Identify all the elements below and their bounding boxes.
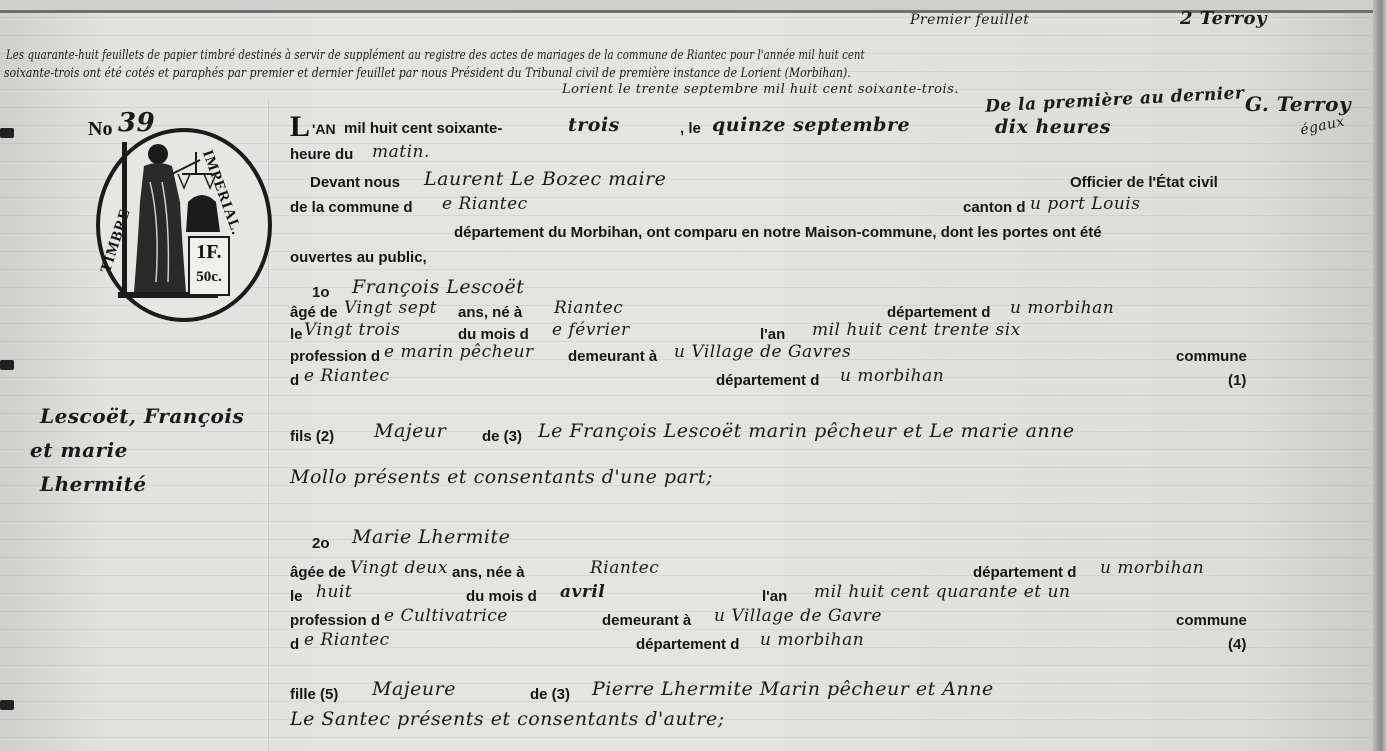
stamp-value-box: 1F. 50c. [188,236,230,296]
bride-departement2-label: département d [636,636,739,653]
act-year-handwritten: trois [568,114,620,136]
groom-departement-handwritten: u morbihan [1010,298,1114,318]
groom-profession-label: profession d [290,348,380,365]
margin-names-line-1: Lescoët, François [40,404,244,428]
heure-du-handwritten: matin. [372,142,430,162]
commune-handwritten: e Riantec [442,194,528,214]
stamp-value-francs: 1F. [190,242,228,262]
groom-parents-line-1: Le François Lescoët marin pêcheur et Le … [538,420,1075,442]
groom-d-label: d [290,372,299,389]
groom-profession-handwritten: e marin pêcheur [384,342,534,362]
act-hour-handwritten: dix heures [995,116,1111,138]
groom-fils-label: fils (2) [290,428,334,445]
groom-age-handwritten: Vingt sept [344,298,437,318]
groom-an-label: l'an [760,326,785,343]
groom-born-label: ans, né à [458,304,522,321]
bride-fille-label: fille (5) [290,686,338,703]
act-year-printed: mil huit cent soixante- [344,120,502,137]
act-le-label: , le [680,120,701,137]
groom-birthplace-handwritten: Riantec [554,298,623,318]
bride-ordinal: 2o [312,535,330,552]
first-sheet-signature: 2 Terroy [1180,8,1267,29]
groom-birth-day-handwritten: Vingt trois [304,320,400,340]
right-margin-note: égaux [1299,113,1346,138]
devant-nous-label: Devant nous [310,174,400,191]
canton-handwritten: u port Louis [1030,194,1140,214]
header-line-2: soixante-trois ont été cotés et paraphés… [4,66,851,81]
groom-commune-label: commune [1176,348,1247,365]
canton-label: canton d [963,199,1026,216]
header-signature: G. Terroy [1245,92,1351,116]
commune-label: de la commune d [290,199,413,216]
groom-mois-label: du mois d [458,326,529,343]
bride-residence-handwritten: u Village de Gavre [714,606,882,626]
left-edge-mark [0,128,14,138]
bride-birthplace-handwritten: Riantec [590,558,659,578]
departement-morbihan-line: département du Morbihan, ont comparu en … [454,224,1102,241]
margin-names-line-3: Lhermité [40,472,147,496]
bride-departement2-handwritten: u morbihan [760,630,864,650]
bride-commune-handwritten: e Riantec [304,630,390,650]
groom-note-ref: (1) [1228,372,1246,389]
right-binding-edge [1373,0,1387,751]
bride-note-ref: (4) [1228,636,1246,653]
groom-departement2-label: département d [716,372,819,389]
groom-demeurant-label: demeurant à [568,348,657,365]
groom-residence-handwritten: u Village de Gavres [674,342,851,362]
officer-name-handwritten: Laurent Le Bozec maire [424,168,666,190]
header-signature-line: De la première au dernier [985,83,1245,117]
left-edge-mark [0,360,14,370]
stamp-value-cents: 50c. [190,270,228,285]
groom-parents-line-2: Mollo présents et consentants d'une part… [290,466,713,488]
bride-mois-label: du mois d [466,588,537,605]
header-line-3: Lorient le trente septembre mil huit cen… [562,82,959,97]
groom-commune-handwritten: e Riantec [304,366,390,386]
groom-birth-year-handwritten: mil huit cent trente six [812,320,1021,340]
bride-demeurant-label: demeurant à [602,612,691,629]
bride-departement-handwritten: u morbihan [1100,558,1204,578]
top-page-edge [0,0,1387,10]
groom-de-label: de (3) [482,428,522,445]
bride-parents-line-2: Le Santec présents et consentants d'autr… [290,708,725,730]
bride-age-handwritten: Vingt deux [350,558,448,578]
header-line-1: Les quarante-huit feuillets de papier ti… [6,48,865,63]
bride-an-label: l'an [762,588,787,605]
bride-d-label: d [290,636,299,653]
bride-status-handwritten: Majeure [372,678,456,700]
groom-departement2-handwritten: u morbihan [840,366,944,386]
groom-status-handwritten: Majeur [374,420,446,442]
bride-departement-label: département d [973,564,1076,581]
groom-age-label: âgé de [290,304,338,321]
bride-name-handwritten: Marie Lhermite [352,526,510,548]
bride-profession-handwritten: e Cultivatrice [384,606,508,626]
bride-birth-day-handwritten: huit [316,582,352,602]
bride-birth-month-handwritten: avril [560,582,605,602]
groom-birth-month-handwritten: e février [552,320,630,340]
groom-departement-label: département d [887,304,990,321]
act-initial-letter: L [290,110,310,144]
bride-profession-label: profession d [290,612,380,629]
act-date-handwritten: quinze septembre [712,114,910,136]
ouvertes-public-line: ouvertes au public, [290,249,427,266]
groom-le-label: le [290,326,303,343]
groom-ordinal: 1o [312,284,330,301]
bride-age-label: âgée de [290,564,346,581]
margin-names-line-2: et marie [30,438,128,462]
groom-name-handwritten: François Lescoët [352,276,524,298]
heure-du-label: heure du [290,146,353,163]
bride-de-label: de (3) [530,686,570,703]
bride-parents-line-1: Pierre Lhermite Marin pêcheur et Anne [592,678,994,700]
left-edge-mark [0,700,14,710]
stamp-number-label: No [88,118,112,141]
bride-commune-label: commune [1176,612,1247,629]
top-rule [0,10,1387,13]
bride-le-label: le [290,588,303,605]
bride-born-label: ans, née à [452,564,525,581]
bride-birth-year-handwritten: mil huit cent quarante et un [814,582,1070,602]
first-sheet-label: Premier feuillet [910,12,1029,28]
document-page: Premier feuillet 2 Terroy Les quarante-h… [0,0,1387,751]
officier-etat-civil-label: Officier de l'État civil [1070,174,1218,191]
act-an-caps: 'AN [312,121,336,137]
